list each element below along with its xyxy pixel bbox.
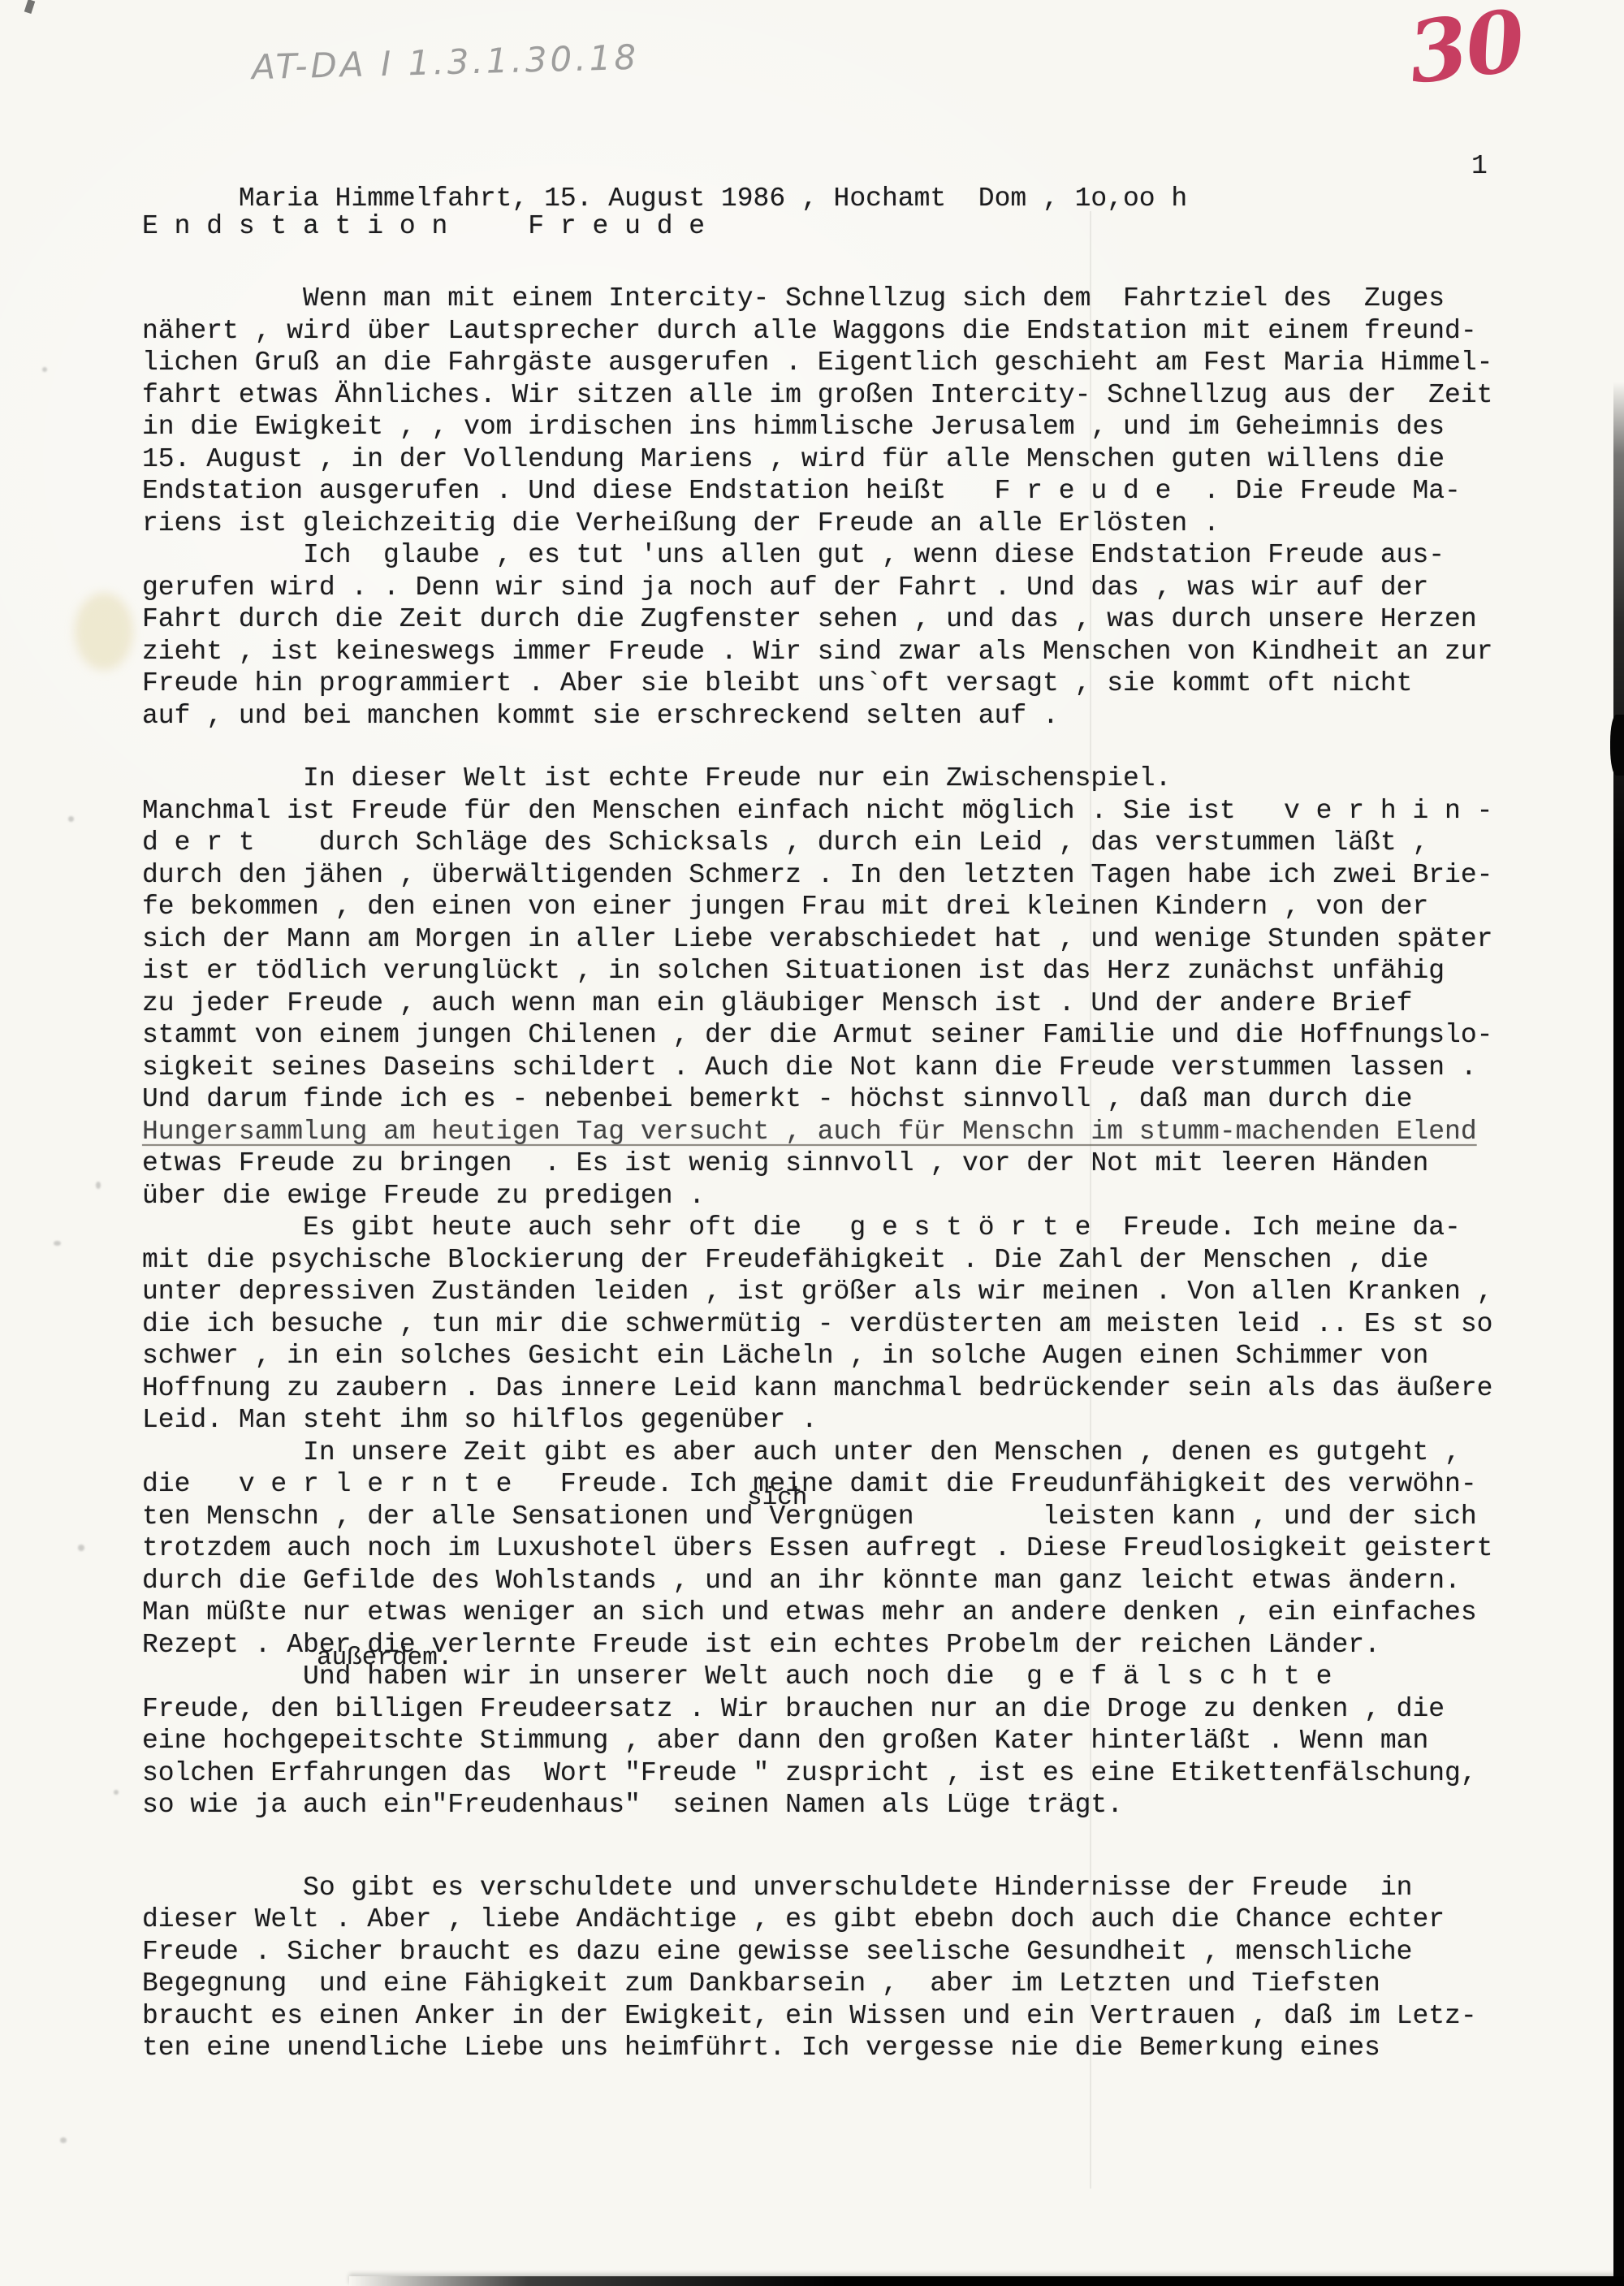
scan-speck bbox=[42, 367, 47, 372]
document-title: E n d s t a t i o n F r e u d e bbox=[142, 210, 1596, 243]
line-text: Es gibt heute auch sehr oft die g e s t … bbox=[142, 1212, 1461, 1242]
line-text: so wie ja auch ein"Freudenhaus" seinen N… bbox=[142, 1790, 1123, 1820]
scan-corner-mark bbox=[24, 0, 36, 14]
text-line: So gibt es verschuldete und unverschulde… bbox=[142, 1872, 1596, 1904]
line-text: Freude hin programmiert . Aber sie bleib… bbox=[142, 668, 1412, 698]
paper-fold-line bbox=[1090, 211, 1091, 2189]
text-line: Hoffnung zu zaubern . Das innere Leid ka… bbox=[142, 1372, 1596, 1405]
line-text: sigkeit seines Daseins schildert . Auch … bbox=[142, 1052, 1477, 1083]
line-text: Hoffnung zu zaubern . Das innere Leid ka… bbox=[142, 1373, 1492, 1403]
text-line: etwas Freude zu bringen . Es ist wenig s… bbox=[142, 1147, 1596, 1180]
text-line: Ich glaube , es tut 'uns allen gut , wen… bbox=[142, 539, 1596, 572]
text-line: Hungersammlung am heutigen Tag versucht … bbox=[142, 1116, 1596, 1148]
line-text: braucht es einen Anker in der Ewigkeit, … bbox=[142, 2001, 1477, 2031]
line-text: Und darum finde ich es - nebenbei bemerk… bbox=[142, 1084, 1412, 1114]
text-line: durch den jähen , überwältigenden Schmer… bbox=[142, 859, 1596, 892]
scan-speck bbox=[114, 1790, 119, 1795]
line-text: auf , und bei manchen kommt sie erschrec… bbox=[142, 701, 1059, 731]
line-text: dieser Welt . Aber , liebe Andächtige , … bbox=[142, 1904, 1445, 1934]
paragraph: Und haben wir in unserer Welt auch noch … bbox=[142, 1661, 1596, 1821]
paper-stain bbox=[75, 593, 133, 670]
handwritten-archive-note: AT-DA I 1.3.1.30.18 bbox=[251, 37, 639, 87]
text-line: 15. August , in der Vollendung Mariens ,… bbox=[142, 443, 1596, 476]
text-line: riens ist gleichzeitig die Verheißung de… bbox=[142, 508, 1596, 540]
text-line: Freude, den billigen Freudeersatz . Wir … bbox=[142, 1693, 1596, 1726]
paragraph: In unsere Zeit gibt es aber auch unter d… bbox=[142, 1437, 1596, 1662]
line-text: etwas Freude zu bringen . Es ist wenig s… bbox=[142, 1148, 1428, 1178]
line-text: Freude . Sicher braucht es dazu eine gew… bbox=[142, 1937, 1412, 1967]
line-text: Man müßte nur etwas weniger an sich und … bbox=[142, 1597, 1477, 1627]
paragraph: Es gibt heute auch sehr oft die g e s t … bbox=[142, 1212, 1596, 1437]
line-text: Begegnung und eine Fähigkeit zum Dankbar… bbox=[142, 1968, 1380, 1999]
line-text: durch die Gefilde des Wohlstands , und a… bbox=[142, 1566, 1461, 1596]
text-line: die v e r l e r n t e Freude. Ich meine … bbox=[142, 1468, 1596, 1501]
text-line: durch die Gefilde des Wohlstands , und a… bbox=[142, 1565, 1596, 1597]
typed-insertion: sich bbox=[747, 1485, 807, 1510]
text-line: so wie ja auch ein"Freudenhaus" seinen N… bbox=[142, 1789, 1596, 1821]
text-line: d e r t durch Schläge des Schicksals , d… bbox=[142, 827, 1596, 859]
line-text: 15. August , in der Vollendung Mariens ,… bbox=[142, 444, 1445, 474]
text-line: zieht , ist keineswegs immer Freude . Wi… bbox=[142, 636, 1596, 668]
line-text: Wenn man mit einem Intercity- Schnellzug… bbox=[142, 283, 1445, 313]
line-text: die ich besuche , tun mir die schwermüti… bbox=[142, 1309, 1492, 1339]
page-number: 1 bbox=[1471, 150, 1488, 183]
document-header: Maria Himmelfahrt, 15. August 1986 , Hoc… bbox=[142, 150, 1596, 183]
text-line: Freude . Sicher braucht es dazu eine gew… bbox=[142, 1936, 1596, 1968]
text-line: Freude hin programmiert . Aber sie bleib… bbox=[142, 668, 1596, 700]
text-line: Endstation ausgerufen . Und diese Endsta… bbox=[142, 475, 1596, 508]
text-line: sigkeit seines Daseins schildert . Auch … bbox=[142, 1052, 1596, 1084]
line-text: ten Menschn , der alle Sensationen und V… bbox=[142, 1502, 1477, 1532]
scan-speck bbox=[54, 1241, 61, 1246]
text-line: dieser Welt . Aber , liebe Andächtige , … bbox=[142, 1904, 1596, 1936]
scan-speck bbox=[78, 1545, 84, 1551]
line-text: gerufen wird . . Denn wir sind ja noch a… bbox=[142, 573, 1428, 603]
text-line: trotzdem auch noch im Luxushotel übers E… bbox=[142, 1532, 1596, 1565]
line-text: unter depressiven Zuständen leiden , ist… bbox=[142, 1277, 1492, 1307]
line-text: solchen Erfahrungen das Wort "Freude " z… bbox=[142, 1758, 1477, 1788]
text-line: Man müßte nur etwas weniger an sich und … bbox=[142, 1597, 1596, 1629]
text-line: ten eine unendliche Liebe uns heimführt.… bbox=[142, 2032, 1596, 2064]
text-line: ist er tödlich verunglückt , in solchen … bbox=[142, 955, 1596, 987]
line-text: d e r t durch Schläge des Schicksals , d… bbox=[142, 828, 1428, 858]
line-text: trotzdem auch noch im Luxushotel übers E… bbox=[142, 1533, 1492, 1563]
line-text: Leid. Man steht ihm so hilflos gegenüber… bbox=[142, 1405, 818, 1435]
line-text: So gibt es verschuldete und unverschulde… bbox=[142, 1873, 1412, 1903]
line-text: stammt von einem jungen Chilenen , der d… bbox=[142, 1020, 1492, 1050]
typewritten-content: Maria Himmelfahrt, 15. August 1986 , Hoc… bbox=[142, 150, 1596, 2064]
line-text: mit die psychische Blockierung der Freud… bbox=[142, 1245, 1428, 1275]
text-line: nähert , wird über Lautsprecher durch al… bbox=[142, 315, 1596, 348]
text-line: gerufen wird . . Denn wir sind ja noch a… bbox=[142, 572, 1596, 604]
line-text: In dieser Welt ist echte Freude nur ein … bbox=[142, 763, 1171, 793]
paragraph: Wenn man mit einem Intercity- Schnellzug… bbox=[142, 283, 1596, 539]
line-text: Fahrt durch die Zeit durch die Zugfenste… bbox=[142, 604, 1477, 634]
text-line: ten Menschn , der alle Sensationen und V… bbox=[142, 1501, 1596, 1533]
text-line: Es gibt heute auch sehr oft die g e s t … bbox=[142, 1212, 1596, 1244]
text-line: sich der Mann am Morgen in aller Liebe v… bbox=[142, 923, 1596, 956]
scan-right-edge-shadow bbox=[1613, 382, 1624, 2286]
text-line: Und darum finde ich es - nebenbei bemerk… bbox=[142, 1083, 1596, 1116]
text-line: Fahrt durch die Zeit durch die Zugfenste… bbox=[142, 603, 1596, 636]
typed-insertion: außerdem. bbox=[317, 1645, 452, 1670]
text-line: braucht es einen Anker in der Ewigkeit, … bbox=[142, 2000, 1596, 2033]
text-line: Und haben wir in unserer Welt auch noch … bbox=[142, 1661, 1596, 1693]
line-text: fe bekommen , den einen von einer jungen… bbox=[142, 892, 1428, 922]
text-line: eine hochgepeitschte Stimmung , aber dan… bbox=[142, 1725, 1596, 1757]
paragraph: So gibt es verschuldete und unverschulde… bbox=[142, 1872, 1596, 2064]
text-line: solchen Erfahrungen das Wort "Freude " z… bbox=[142, 1757, 1596, 1790]
line-text: über die ewige Freude zu predigen . bbox=[142, 1181, 705, 1211]
paragraph: Ich glaube , es tut 'uns allen gut , wen… bbox=[142, 539, 1596, 732]
line-text: lichen Gruß an die Fahrgäste ausgerufen … bbox=[142, 348, 1492, 378]
line-text: Ich glaube , es tut 'uns allen gut , wen… bbox=[142, 540, 1445, 570]
line-text: zieht , ist keineswegs immer Freude . Wi… bbox=[142, 637, 1492, 667]
line-text: riens ist gleichzeitig die Verheißung de… bbox=[142, 508, 1220, 538]
text-line: auf , und bei manchen kommt sie erschrec… bbox=[142, 700, 1596, 732]
text-line: fe bekommen , den einen von einer jungen… bbox=[142, 891, 1596, 923]
line-text: die v e r l e r n t e Freude. Ich meine … bbox=[142, 1469, 1477, 1499]
underlined-text: Hungersammlung am heutigen Tag versucht … bbox=[142, 1117, 1477, 1147]
line-text: sich der Mann am Morgen in aller Liebe v… bbox=[142, 924, 1492, 954]
line-text: ten eine unendliche Liebe uns heimführt.… bbox=[142, 2033, 1380, 2063]
scan-speck bbox=[96, 1182, 101, 1189]
scan-speck bbox=[68, 816, 74, 822]
line-text: eine hochgepeitschte Stimmung , aber dan… bbox=[142, 1726, 1428, 1756]
text-line: schwer , in ein solches Gesicht ein Läch… bbox=[142, 1340, 1596, 1372]
line-text: Freude, den billigen Freudeersatz . Wir … bbox=[142, 1694, 1445, 1724]
line-text: Endstation ausgerufen . Und diese Endsta… bbox=[142, 476, 1461, 506]
line-text: In unsere Zeit gibt es aber auch unter d… bbox=[142, 1437, 1461, 1467]
paragraphs: Wenn man mit einem Intercity- Schnellzug… bbox=[142, 283, 1596, 2064]
text-line: stammt von einem jungen Chilenen , der d… bbox=[142, 1019, 1596, 1052]
text-line: In unsere Zeit gibt es aber auch unter d… bbox=[142, 1437, 1596, 1469]
paragraph: In dieser Welt ist echte Freude nur ein … bbox=[142, 763, 1596, 1212]
line-text: in die Ewigkeit , , vom irdischen ins hi… bbox=[142, 412, 1445, 442]
text-line: in die Ewigkeit , , vom irdischen ins hi… bbox=[142, 411, 1596, 443]
scan-edge-blob bbox=[1610, 715, 1624, 776]
line-text: fahrt etwas Ähnliches. Wir sitzen alle i… bbox=[142, 380, 1492, 410]
scan-speck bbox=[60, 2137, 67, 2143]
line-text: ist er tödlich verunglückt , in solchen … bbox=[142, 956, 1445, 986]
text-line: fahrt etwas Ähnliches. Wir sitzen alle i… bbox=[142, 379, 1596, 412]
scan-bottom-edge-shadow bbox=[349, 2276, 1624, 2286]
text-line: unter depressiven Zuständen leiden , ist… bbox=[142, 1276, 1596, 1308]
header-text: Maria Himmelfahrt, 15. August 1986 , Hoc… bbox=[239, 184, 1187, 214]
line-text: schwer , in ein solches Gesicht ein Läch… bbox=[142, 1341, 1428, 1371]
text-line: Leid. Man steht ihm so hilflos gegenüber… bbox=[142, 1404, 1596, 1437]
text-line: zu jeder Freude , auch wenn man ein gläu… bbox=[142, 987, 1596, 1020]
text-line: über die ewige Freude zu predigen . bbox=[142, 1180, 1596, 1212]
line-text: Manchmal ist Freude für den Menschen ein… bbox=[142, 796, 1492, 826]
line-text: zu jeder Freude , auch wenn man ein gläu… bbox=[142, 988, 1412, 1018]
document-page: AT-DA I 1.3.1.30.18 30 Maria Himmelfahrt… bbox=[0, 0, 1624, 2286]
text-line: die ich besuche , tun mir die schwermüti… bbox=[142, 1308, 1596, 1341]
text-line: Begegnung und eine Fähigkeit zum Dankbar… bbox=[142, 1968, 1596, 2000]
text-line: Manchmal ist Freude für den Menschen ein… bbox=[142, 795, 1596, 828]
text-line: mit die psychische Blockierung der Freud… bbox=[142, 1244, 1596, 1277]
handwritten-red-page-mark: 30 bbox=[1404, 0, 1527, 94]
text-line: In dieser Welt ist echte Freude nur ein … bbox=[142, 763, 1596, 795]
line-text: nähert , wird über Lautsprecher durch al… bbox=[142, 316, 1477, 346]
line-text: durch den jähen , überwältigenden Schmer… bbox=[142, 860, 1492, 890]
text-line: Wenn man mit einem Intercity- Schnellzug… bbox=[142, 283, 1596, 315]
text-line: lichen Gruß an die Fahrgäste ausgerufen … bbox=[142, 347, 1596, 379]
